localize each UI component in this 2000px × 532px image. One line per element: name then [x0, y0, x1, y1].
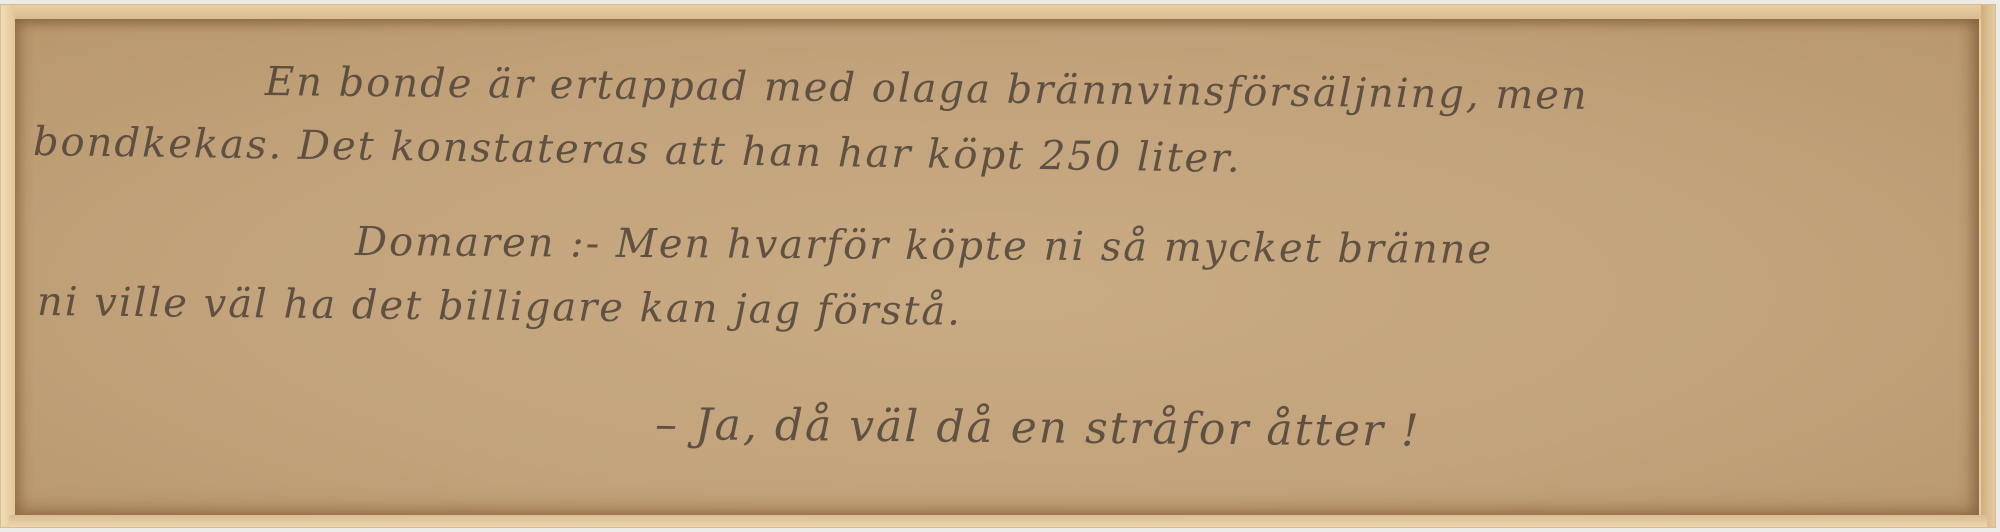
- note-line-1: En bonde är ertappad med olaga brännvins…: [265, 59, 1589, 119]
- frame-bottom-edge: [9, 515, 1987, 527]
- note-line-4: ni ville väl ha det billigare kan jag fö…: [37, 279, 962, 335]
- note-line-2: bondkekas. Det konstateras att han har k…: [33, 119, 1242, 182]
- handwritten-note-paper: En bonde är ertappad med olaga brännvins…: [15, 19, 1979, 515]
- frame-right-edge: [1981, 5, 1995, 527]
- frame-left-edge: [1, 5, 15, 527]
- note-line-3: Domaren :- Men hvarför köpte ni så mycke…: [355, 219, 1494, 273]
- picture-frame: En bonde är ertappad med olaga brännvins…: [0, 4, 1996, 528]
- frame-top-edge: [9, 5, 1987, 19]
- note-line-5: – Ja, då väl då en stråfor åtter !: [655, 399, 1421, 457]
